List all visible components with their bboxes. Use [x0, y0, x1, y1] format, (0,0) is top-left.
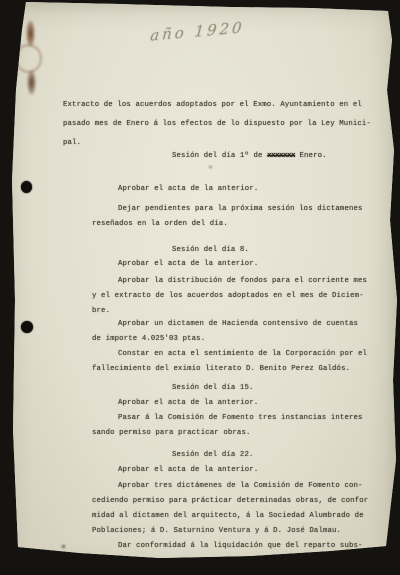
paragraph: Constar en acta el sentimiento de la Cor…	[92, 347, 380, 377]
punch-hole	[21, 181, 32, 193]
paragraph: Aprobar el acta de la anterior.	[92, 182, 380, 197]
paragraph: Aprobar el acta de la anterior.	[92, 463, 380, 478]
text-line: pasado mes de Enero á los efectos de lo …	[63, 115, 370, 134]
text-line: Dar conformidad á la liquidación que del…	[92, 539, 380, 554]
text-line: y el extracto de los acuerdos adoptados …	[92, 289, 380, 304]
text-fragment: Sesión del día 1º de	[172, 152, 267, 160]
document-page: año 1920 Extracto de los acuerdos adopta…	[0, 0, 400, 575]
text-line: Sesión del día 22.	[172, 448, 400, 463]
session-heading: Sesión del día 22.	[172, 448, 400, 463]
paragraph: Aprobar el acta de la anterior.	[92, 257, 380, 272]
paragraph: Aprobar la distribución de fondos para e…	[92, 274, 380, 319]
session-heading: Sesión del día 8.	[172, 243, 400, 258]
struck-out-word: xxxxxxx	[267, 152, 295, 160]
session-heading: Sesión del día 15.	[172, 381, 400, 396]
paragraph: Aprobar el acta de la anterior.	[92, 396, 380, 411]
text-line: Constar en acta el sentimiento de la Cor…	[92, 347, 380, 362]
text-line: Sesión del día 1º de xxxxxxx Enero.	[172, 149, 400, 164]
rust-stain	[27, 70, 36, 95]
text-line: Aprobar el acta de la anterior.	[92, 396, 380, 411]
rust-stain-ring	[15, 44, 42, 73]
text-line: Aprobar el acta de la anterior.	[92, 463, 380, 478]
text-fragment: Enero.	[295, 152, 327, 160]
text-line: Sesión del día 8.	[172, 243, 400, 258]
rust-stain	[26, 20, 35, 47]
typewritten-text: Extracto de los acuerdos adoptados por e…	[0, 96, 400, 554]
text-line: fallecimiento del eximio literato D. Ben…	[92, 362, 380, 377]
paragraph: Aprobar un dictamen de Hacienda contensi…	[92, 317, 380, 347]
text-line: Aprobar un dictamen de Hacienda contensi…	[92, 317, 380, 332]
paragraph: Dejar pendientes para la próxima sesión …	[92, 202, 380, 232]
text-line: Pasar á la Comisión de Fomento tres inst…	[92, 411, 380, 426]
text-line: de importe 4.025'03 ptas.	[92, 332, 380, 347]
text-line: sando permiso para practicar obras.	[92, 426, 380, 441]
text-line: Aprobar la distribución de fondos para e…	[92, 274, 380, 289]
text-line: reseñados en la orden del día.	[92, 217, 380, 232]
text-line: Poblaciones; á D. Saturnino Ventura y á …	[92, 524, 380, 539]
text-line: Aprobar tres dictámenes de la Comisión d…	[92, 479, 380, 494]
text-line: Aprobar el acta de la anterior.	[92, 257, 380, 272]
text-line: midad al dictamen del arquitecto, á la S…	[92, 509, 380, 524]
paragraph: Dar conformidad á la liquidación que del…	[92, 539, 380, 554]
paragraph: Pasar á la Comisión de Fomento tres inst…	[92, 411, 380, 441]
paragraph: Aprobar tres dictámenes de la Comisión d…	[92, 479, 380, 539]
session-heading: Sesión del día 1º de xxxxxxx Enero.	[172, 149, 400, 164]
text-line: Aprobar el acta de la anterior.	[92, 182, 380, 197]
text-line: Extracto de los acuerdos adoptados por e…	[63, 96, 370, 115]
text-line: Sesión del día 15.	[172, 381, 400, 396]
text-line: cediendo permiso para prácticar determin…	[92, 494, 380, 509]
paragraph: Extracto de los acuerdos adoptados por e…	[63, 96, 370, 153]
scanned-document: año 1920 Extracto de los acuerdos adopta…	[0, 0, 400, 575]
text-line: Dejar pendientes para la próxima sesión …	[92, 202, 380, 217]
handwritten-year-annotation: año 1920	[149, 13, 300, 44]
punch-hole	[21, 321, 33, 333]
